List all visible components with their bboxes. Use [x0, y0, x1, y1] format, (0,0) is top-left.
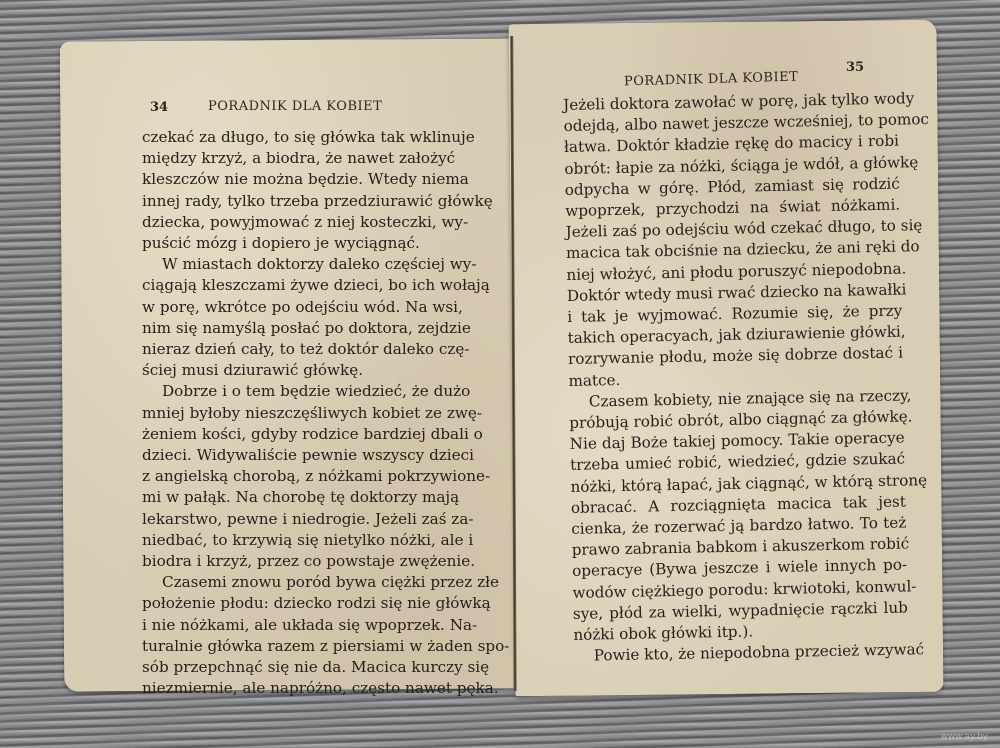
left-running-head: PORADNIK DLA KOBIET — [208, 99, 382, 114]
text-line: turalnie główka razem z piersiami w żade… — [142, 636, 442, 657]
text-line: mi w pałąk. Na chorobę tę doktorzy mają — [142, 487, 442, 508]
text-line: W miastach doktorzy daleko częściej wy- — [142, 254, 442, 275]
text-line: Czasemi znowu poród bywa ciężki przez zł… — [142, 572, 442, 593]
open-book: 34 PORADNIK DLA KOBIET PORADNIK DLA KOBI… — [0, 0, 1000, 748]
left-page-number: 34 — [150, 100, 168, 115]
right-page-number: 35 — [846, 60, 864, 75]
text-line: innej rady, tylko trzeba przedziurawić g… — [142, 191, 442, 212]
text-line: ciągają kleszczami żywe dzieci, bo ich w… — [142, 275, 442, 296]
text-line: niezmiernie, ale napróżno, często nawet … — [142, 678, 442, 699]
text-line: między krzyż, a biodra, że nawet założyć — [142, 148, 442, 169]
text-line: kleszczów nie można będzie. Wtedy niema — [142, 169, 442, 190]
text-line: dzieci. Widywaliście pewnie wszyscy dzie… — [142, 445, 442, 466]
text-line: ściej musi dziurawić główkę. — [142, 360, 442, 381]
text-line: mniej byłoby nieszczęśliwych kobiet ze z… — [142, 403, 442, 424]
text-line: biodra i krzyż, przez co powstaje zwężen… — [142, 551, 442, 572]
text-line: dziecka, powyjmować z niej kosteczki, wy… — [142, 212, 442, 233]
text-line: lekarstwo, pewne i niedrogie. Jeżeli zaś… — [142, 509, 442, 530]
text-line: nieraz dzień cały, to też doktór daleko … — [142, 339, 442, 360]
text-line: i nie nóżkami, ale układa się wpoprzek. … — [142, 615, 442, 636]
text-line: w porę, wkrótce po odejściu wód. Na wsi, — [142, 297, 442, 318]
text-line: z angielską chorobą, z nóżkami pokrzywio… — [142, 466, 442, 487]
text-line: puścić mózg i dopiero je wyciągnąć. — [142, 233, 442, 254]
text-line: czekać za długo, to się główka tak wklin… — [142, 127, 442, 148]
text-line: żeniem kości, gdyby rodzice bardziej dba… — [142, 424, 442, 445]
text-line: położenie płodu: dziecko rodzi się nie g… — [142, 593, 442, 614]
text-line: niedbać, to krzywią się nietylko nóżki, … — [142, 530, 442, 551]
text-line: nim się namyślą posłać po doktora, zejdz… — [142, 318, 442, 339]
left-page-body: czekać za długo, to się główka tak wklin… — [142, 127, 442, 699]
text-line: Dobrze i o tem będzie wiedzieć, że dużo — [142, 381, 442, 402]
right-page-body: Jeżeli doktora zawołać w porę, jak tylko… — [563, 89, 909, 668]
watermark: www.ay.by — [940, 732, 988, 742]
text-line: sób przepchnąć się nie da. Macica kurczy… — [142, 657, 442, 678]
